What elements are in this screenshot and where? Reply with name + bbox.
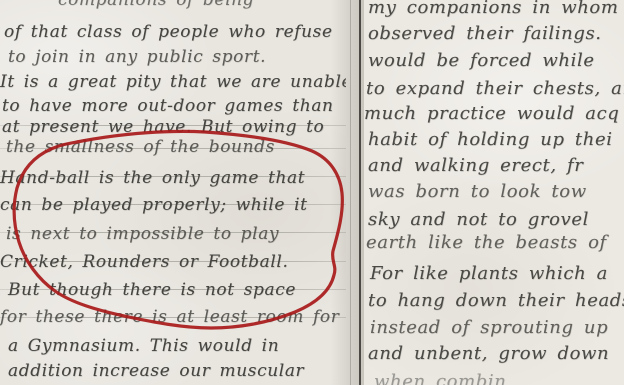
handwriting-line: at present we have. But owing to — [2, 117, 324, 137]
left-page: companions of being of that class of peo… — [0, 0, 346, 385]
handwriting-line: the smallness of the bounds — [6, 137, 275, 157]
handwriting-line: would be forced while — [368, 51, 595, 71]
handwriting-line: and unbent, grow down — [368, 344, 609, 364]
handwriting-line: instead of sprouting up — [370, 318, 608, 338]
gutter-rule-faint — [350, 0, 351, 385]
handwriting-line: is next to impossible to play — [6, 224, 279, 244]
handwriting-line: For like plants which a — [370, 264, 608, 284]
handwriting-line: my companions in whom — [368, 0, 619, 18]
handwriting-line: was born to look tow — [368, 182, 587, 202]
handwriting-line: for these there is at least room for — [0, 307, 339, 327]
handwriting-line: It is a great pity that we are unable — [0, 72, 346, 92]
handwriting-line: sky and not to grovel — [368, 210, 589, 230]
handwriting-line: can be played properly; while it — [0, 195, 308, 215]
handwriting-line: to have more out-door games than — [2, 96, 334, 116]
handwriting-line: to expand their chests, an — [366, 79, 624, 99]
gutter-rule-dark — [359, 0, 361, 385]
handwriting-line: and walking erect, fr — [368, 156, 584, 176]
handwriting-line: observed their failings. — [368, 24, 602, 44]
right-page: my companions in whom observed their fai… — [364, 0, 624, 385]
handwriting-line: a Gymnasium. This would in — [8, 336, 279, 356]
handwriting-line: addition increase our muscular — [8, 361, 304, 381]
handwriting-line: Hand-ball is the only game that — [0, 168, 305, 188]
handwriting-line: But though there is not space — [8, 280, 296, 300]
handwriting-line: when combin — [374, 372, 506, 385]
handwriting-line: of that class of people who refuse — [4, 22, 333, 42]
handwriting-line: habit of holding up thei — [368, 130, 613, 150]
handwriting-line: much practice would acq — [364, 104, 619, 124]
handwriting-line: companions of being — [58, 0, 254, 10]
handwriting-line: to hang down their heads — [368, 291, 624, 311]
handwriting-line: earth like the beasts of — [366, 233, 607, 253]
manuscript-scan: companions of being of that class of peo… — [0, 0, 624, 385]
handwriting-line: Cricket, Rounders or Football. — [0, 252, 288, 272]
handwriting-line: to join in any public sport. — [8, 47, 266, 67]
